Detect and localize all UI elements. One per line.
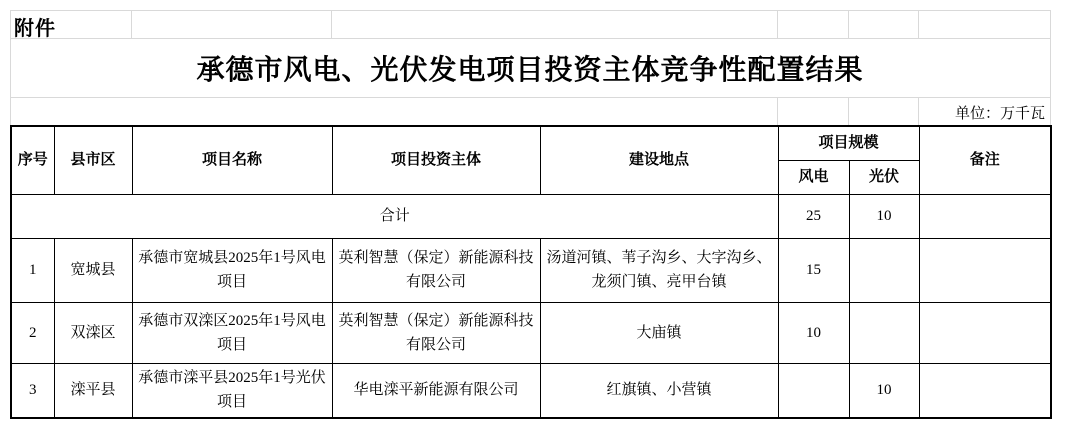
- table-row: 1 宽城县 承德市宽城县2025年1号风电项目 英利智慧（保定）新能源科技有限公…: [11, 238, 1051, 302]
- gridline: [777, 97, 778, 125]
- total-row: 合计 25 10: [11, 194, 1051, 238]
- row-location: 红旗镇、小营镇: [540, 363, 778, 418]
- gridline: [918, 97, 919, 125]
- gridline: [848, 97, 849, 125]
- header-solar: 光伏: [849, 160, 919, 194]
- row-investor: 英利智慧（保定）新能源科技有限公司: [332, 238, 540, 302]
- unit-note: 单位：万千瓦: [955, 100, 1045, 125]
- attachment-label: 附件: [14, 12, 56, 41]
- header-project-name: 项目名称: [132, 126, 332, 194]
- total-label: 合计: [11, 194, 778, 238]
- gridline: [331, 10, 332, 38]
- header-wind: 风电: [778, 160, 849, 194]
- header-index: 序号: [11, 126, 54, 194]
- row-location: 汤道河镇、苇子沟乡、大字沟乡、龙须门镇、亮甲台镇: [540, 238, 778, 302]
- row-index: 1: [11, 238, 54, 302]
- header-remark: 备注: [919, 126, 1051, 194]
- row-project-name: 承德市宽城县2025年1号风电项目: [132, 238, 332, 302]
- row-county: 宽城县: [54, 238, 132, 302]
- row-solar-value: [849, 238, 919, 302]
- row-project-name: 承德市双滦区2025年1号风电项目: [132, 302, 332, 363]
- gridline: [918, 10, 919, 38]
- results-table: 序号 县市区 项目名称 项目投资主体 建设地点 项目规模 备注 风电 光伏 合计…: [10, 125, 1052, 419]
- header-investor: 项目投资主体: [332, 126, 540, 194]
- gridline: [777, 10, 778, 38]
- header-location: 建设地点: [540, 126, 778, 194]
- table-row: 2 双滦区 承德市双滦区2025年1号风电项目 英利智慧（保定）新能源科技有限公…: [11, 302, 1051, 363]
- header-scale-group: 项目规模: [778, 126, 919, 160]
- row-index: 3: [11, 363, 54, 418]
- page-title: 承德市风电、光伏发电项目投资主体竞争性配置结果: [10, 38, 1050, 97]
- gridline: [848, 10, 849, 38]
- document-page: 附件 承德市风电、光伏发电项目投资主体竞争性配置结果 单位：万千瓦 序号 县市区…: [0, 0, 1080, 432]
- total-wind-value: 25: [778, 194, 849, 238]
- row-solar-value: [849, 302, 919, 363]
- row-remark: [919, 363, 1051, 418]
- row-wind-value: 10: [778, 302, 849, 363]
- total-remark: [919, 194, 1051, 238]
- row-index: 2: [11, 302, 54, 363]
- row-wind-value: [778, 363, 849, 418]
- row-county: 滦平县: [54, 363, 132, 418]
- gridline: [10, 97, 1050, 98]
- row-solar-value: 10: [849, 363, 919, 418]
- row-investor: 华电滦平新能源有限公司: [332, 363, 540, 418]
- row-wind-value: 15: [778, 238, 849, 302]
- row-remark: [919, 238, 1051, 302]
- gridline: [131, 10, 132, 38]
- gridline: [10, 10, 1050, 11]
- total-solar-value: 10: [849, 194, 919, 238]
- row-remark: [919, 302, 1051, 363]
- header-county: 县市区: [54, 126, 132, 194]
- header-row-1: 序号 县市区 项目名称 项目投资主体 建设地点 项目规模 备注: [11, 126, 1051, 160]
- gridline: [1050, 10, 1051, 125]
- row-project-name: 承德市滦平县2025年1号光伏项目: [132, 363, 332, 418]
- row-investor: 英利智慧（保定）新能源科技有限公司: [332, 302, 540, 363]
- row-county: 双滦区: [54, 302, 132, 363]
- row-location: 大庙镇: [540, 302, 778, 363]
- table-row: 3 滦平县 承德市滦平县2025年1号光伏项目 华电滦平新能源有限公司 红旗镇、…: [11, 363, 1051, 418]
